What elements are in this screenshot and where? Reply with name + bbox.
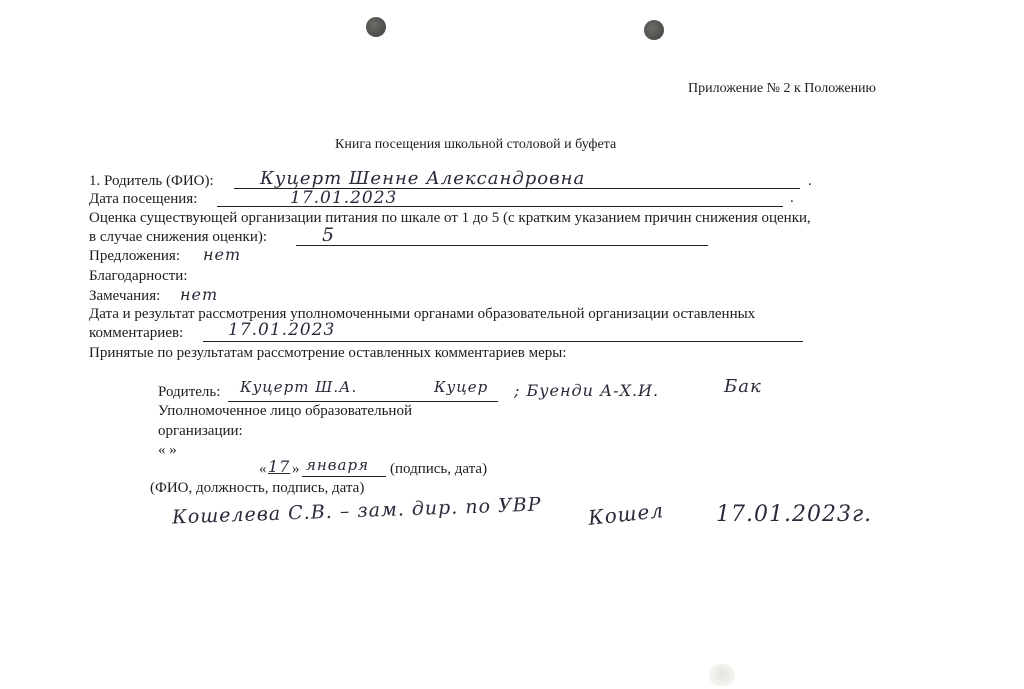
rating-value[interactable]: 5 [322,224,335,246]
visit-date-value[interactable]: 17.01.2023 [290,188,397,208]
parent-label: 1. Родитель (ФИО): [89,173,214,190]
signature-parent-label: Родитель: [158,384,220,401]
signature-parent-sign[interactable]: Куцер [434,378,488,396]
official-date[interactable]: 17.01.2023г. [716,502,872,527]
punch-hole-right [644,20,664,40]
signature-parent-underline [228,401,498,402]
scan-smudge [709,664,735,686]
date-month[interactable]: января [306,456,369,474]
date-month-underline [302,476,386,477]
parent-dot: . [808,173,812,190]
rating-label-line1: Оценка существующей организации питания … [89,210,811,227]
signature-parent-name[interactable]: Куцерт Ш.А. [240,378,357,396]
official-label-line1: Уполномоченное лицо образовательной [158,403,412,420]
quote-blank: « » [158,442,177,459]
signature-extra-name[interactable]: ; Буенди А-Х.И. [514,381,659,400]
official-signature[interactable]: Кошел [587,498,665,530]
review-value[interactable]: 17.01.2023 [228,320,335,340]
fio-caption: (ФИО, должность, подпись, дата) [150,480,364,497]
date-close-quote: » [292,461,300,478]
punch-hole-left [366,17,386,37]
official-entry[interactable]: Кошелева С.В. – зам. дир. по УВР [172,494,542,529]
document-title: Книга посещения школьной столовой и буфе… [335,136,616,153]
signature-extra-sign[interactable]: Бак [724,376,762,397]
thanks-label: Благодарности: [89,268,188,285]
parent-value[interactable]: Куцерт Шенне Александровна [260,168,585,189]
visit-date-dot: . [790,190,794,207]
appendix-reference: Приложение № 2 к Положению [688,80,876,97]
visit-date-label: Дата посещения: [89,191,197,208]
rating-underline [296,245,708,246]
remarks-label: Замечания: [89,288,160,305]
review-label-line2: комментариев: [89,325,183,342]
date-day[interactable]: 17 [268,457,290,476]
remarks-value[interactable]: нет [180,285,218,304]
date-open-quote: « [259,461,267,478]
measures-label: Принятые по результатам рассмотрение ост… [89,345,566,362]
suggestions-value[interactable]: нет [203,245,241,264]
suggestions-label: Предложения: [89,248,180,265]
review-label-line1: Дата и результат рассмотрения уполномоче… [89,306,755,323]
official-label-line2: организации: [158,423,243,440]
rating-label-line2: в случае снижения оценки): [89,229,267,246]
date-caption: (подпись, дата) [390,461,487,478]
review-underline [203,341,803,342]
